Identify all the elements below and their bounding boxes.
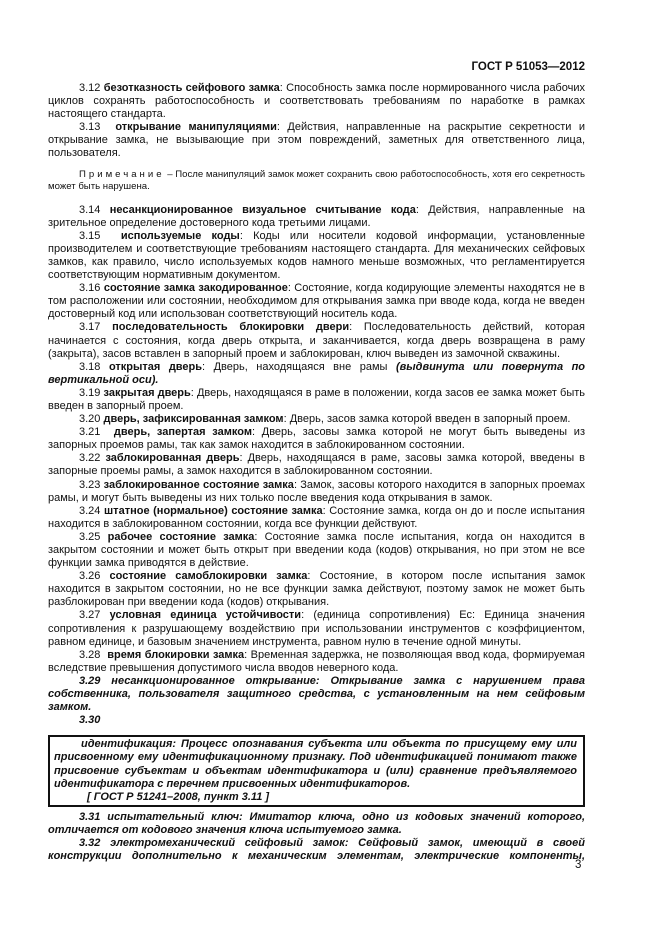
term: последовательность блокировки двери bbox=[112, 321, 349, 333]
term: состояние замка закодированное bbox=[104, 282, 288, 294]
definition-3-20: 3.20 дверь, зафиксированная замком: Двер… bbox=[48, 413, 585, 426]
clause-number: 3.18 bbox=[79, 361, 100, 373]
term: дверь, зафиксированная замком bbox=[103, 413, 283, 425]
definition-3-19: 3.19 закрытая дверь: Дверь, находящаяся … bbox=[48, 387, 585, 413]
term: время блокировки замка bbox=[107, 649, 244, 661]
source-reference: [ ГОСТ Р 51241–2008, пункт 3.11 ] bbox=[54, 791, 577, 804]
clause-number: 3.26 bbox=[79, 570, 100, 582]
term: дверь, запертая замком bbox=[114, 426, 252, 438]
definition-3-29: 3.29 несанкционированное открывание: Отк… bbox=[48, 675, 585, 714]
clause-number: 3.15 bbox=[79, 230, 100, 242]
clause-number: 3.27 bbox=[79, 609, 100, 621]
clause-number: 3.20 bbox=[79, 413, 100, 425]
definition-3-28: 3.28 время блокировки замка: Временная з… bbox=[48, 649, 585, 675]
term: состояние самоблокировки замка bbox=[110, 570, 308, 582]
definition-3-18: 3.18 открытая дверь: Дверь, находящаяся … bbox=[48, 361, 585, 387]
term: условная единица устойчивости bbox=[110, 609, 301, 621]
document-header: ГОСТ Р 51053—2012 bbox=[472, 61, 585, 73]
clause-number: 3.22 bbox=[79, 452, 100, 464]
term: безотказность сейфового замка bbox=[104, 82, 280, 94]
definition-3-32: 3.32 электромеханический сейфовый замок:… bbox=[48, 837, 585, 863]
clause-number: 3.16 bbox=[79, 282, 100, 294]
definition-3-23: 3.23 заблокированное состояние замка: За… bbox=[48, 479, 585, 505]
definition-3-16: 3.16 состояние замка закодированное: Сос… bbox=[48, 282, 585, 321]
clause-number: 3.14 bbox=[79, 204, 100, 216]
clause-number-3-30: 3.30 bbox=[48, 714, 585, 727]
clause-number: 3.23 bbox=[79, 479, 100, 491]
definition-3-21: 3.21 дверь, запертая замком: Дверь, засо… bbox=[48, 426, 585, 452]
clause-number: 3.28 bbox=[79, 649, 100, 661]
clause-number: 3.13 bbox=[79, 121, 100, 133]
clause-number: 3.24 bbox=[79, 505, 100, 517]
document-page: ГОСТ Р 51053—2012 3.12 безотказность сей… bbox=[0, 0, 661, 936]
definition-3-25: 3.25 рабочее состояние замка: Состояние … bbox=[48, 531, 585, 570]
term: используемые коды bbox=[121, 230, 240, 242]
term: штатное (нормальное) состояние замка bbox=[104, 505, 323, 517]
definition-3-14: 3.14 несанкционированное визуальное счит… bbox=[48, 204, 585, 230]
note: Примечание – После манипуляций замок мож… bbox=[48, 169, 585, 194]
term: заблокированное состояние замка bbox=[104, 479, 294, 491]
definition-3-12: 3.12 безотказность сейфового замка: Спос… bbox=[48, 82, 585, 121]
clause-number: 3.17 bbox=[79, 321, 100, 333]
clause-number: 3.19 bbox=[79, 387, 100, 399]
definition-3-13: 3.13 открывание манипуляциями: Действия,… bbox=[48, 121, 585, 160]
clause-number: 3.21 bbox=[79, 426, 100, 438]
definition-3-22: 3.22 заблокированная дверь: Дверь, наход… bbox=[48, 452, 585, 478]
definition-3-27: 3.27 условная единица устойчивости: (еди… bbox=[48, 609, 585, 648]
boxed-definition-3-30: идентификация: Процесс опознавания субъе… bbox=[48, 735, 585, 806]
definition-3-26: 3.26 состояние самоблокировки замка: Сос… bbox=[48, 570, 585, 609]
definition-3-24: 3.24 штатное (нормальное) состояние замк… bbox=[48, 505, 585, 531]
clause-number: 3.12 bbox=[79, 82, 100, 94]
clause-number: 3.25 bbox=[79, 531, 100, 543]
term: рабочее состояние замка bbox=[108, 531, 255, 543]
definition-text: : Дверь, находящаяся вне рамы bbox=[202, 361, 396, 373]
definition-3-15: 3.15 используемые коды: Коды или носител… bbox=[48, 230, 585, 282]
definition-text: : Дверь, засов замка которой введен в за… bbox=[284, 413, 571, 425]
term: открытая дверь bbox=[109, 361, 202, 373]
term: открывание манипуляциями bbox=[115, 121, 277, 133]
document-body: 3.12 безотказность сейфового замка: Спос… bbox=[48, 82, 585, 863]
term: заблокированная дверь bbox=[105, 452, 239, 464]
term: закрытая дверь bbox=[104, 387, 191, 399]
definition-3-31: 3.31 испытательный ключ: Имитатор ключа,… bbox=[48, 811, 585, 837]
note-label: Примечание bbox=[79, 169, 165, 180]
definition-3-17: 3.17 последовательность блокировки двери… bbox=[48, 321, 585, 360]
boxed-definition-text: идентификация: Процесс опознавания субъе… bbox=[54, 738, 577, 790]
term: несанкционированное визуальное считывани… bbox=[110, 204, 416, 216]
page-number: 3 bbox=[575, 859, 581, 871]
